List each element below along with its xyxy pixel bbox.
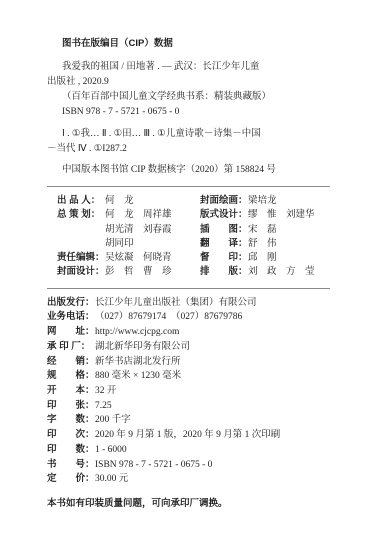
cip-publisher-line: 出版社 , 2020.9	[47, 75, 330, 90]
credit-row-print-supervision: 督 印：邱 刚	[200, 251, 330, 265]
credit-label: 督 印：	[200, 251, 248, 265]
pub-label: 经 销：	[47, 355, 95, 370]
pub-label: 印 次：	[47, 428, 95, 443]
pub-value: 1 - 6000	[95, 445, 127, 455]
credit-row-typesetting: 排 版：刘 政 方 莹	[200, 265, 330, 279]
divider-top	[47, 186, 330, 187]
pub-label: 印 张：	[47, 399, 95, 414]
credit-value: 胡同印	[105, 239, 134, 249]
credits-left-column: 出 品 人：何 龙 总 策 划：何 龙 周祥雄 胡光清 刘春霞 胡同印 责任编辑…	[47, 194, 200, 280]
cip-record: 我爱我的祖国 / 田地著 . — 武汉：长江少年儿童 出版社 , 2020.9 …	[47, 60, 330, 178]
cip-classification-line-2: －当代 Ⅳ . ①I287.2	[47, 142, 330, 157]
credit-row-editor: 责任编辑：吴炫凝 何晓青	[57, 251, 200, 265]
credit-value: 何 龙 周祥雄	[105, 210, 172, 220]
pub-row-price: 定 价：30.00 元	[47, 472, 330, 487]
publication-details: 出版发行：长江少年儿童出版社（集团）有限公司 业务电话：（027）8767917…	[47, 296, 330, 487]
pub-label: 规 格：	[47, 369, 95, 384]
pub-row-sheets: 印 张：7.25	[47, 399, 330, 414]
pub-value: 湖北新华印务有限公司	[95, 342, 190, 352]
credit-value: 刘 政 方 莹	[248, 267, 315, 277]
pub-value: 30.00 元	[95, 474, 128, 484]
cip-series-line: （百年百部中国儿童文学经典书系：精装典藏版）	[47, 90, 330, 105]
pub-label: 印 数：	[47, 443, 95, 458]
credit-row-cover-art: 封面绘画：梁培龙	[200, 194, 330, 208]
pub-value: （027）87679174 （027）87679786	[95, 312, 242, 322]
pub-label: 网 址：	[47, 325, 95, 340]
pub-label: 定 价：	[47, 472, 95, 487]
credit-row-translation: 翻 译：舒 伟	[200, 237, 330, 251]
pub-value: 200 千字	[95, 415, 131, 425]
credit-label: 版式设计：	[200, 208, 248, 222]
credit-label: 出 品 人：	[57, 194, 105, 208]
credit-label: 责任编辑：	[57, 251, 105, 265]
pub-row-dimensions: 规 格：880 毫米 × 1230 毫米	[47, 369, 330, 384]
pub-row-print-run: 印 数：1 - 6000	[47, 443, 330, 458]
pub-value: http://www.cjcpg.com	[95, 327, 179, 337]
quality-notice: 本书如有印装质量问题，可向承印厂调换。	[47, 496, 330, 511]
credit-label: 插 图：	[200, 223, 248, 237]
credit-value: 彭 哲 曹 珍	[105, 267, 172, 277]
credit-value: 舒 伟	[248, 239, 277, 249]
pub-label: 业务电话：	[47, 310, 95, 325]
credit-row-chief-planner-cont2: 胡同印	[57, 237, 200, 251]
cip-classification-line-1: Ⅰ . ①我… Ⅱ . ①田… Ⅲ . ①儿童诗歌－诗集－中国	[47, 127, 330, 142]
pub-value: 新华书店湖北发行所	[95, 357, 181, 367]
credit-label: 排 版：	[200, 265, 248, 279]
pub-value: ISBN 978 - 7 - 5721 - 0675 - 0	[95, 460, 212, 470]
pub-label: 开 本：	[47, 384, 95, 399]
credit-row-layout-design: 版式设计：缪 惟 刘建华	[200, 208, 330, 222]
credit-label: 封面绘画：	[200, 194, 248, 208]
credit-row-producer: 出 品 人：何 龙	[57, 194, 200, 208]
credit-row-chief-planner: 总 策 划：何 龙 周祥雄	[57, 208, 200, 222]
pub-value: 长江少年儿童出版社（集团）有限公司	[95, 298, 257, 308]
pub-value: 880 毫米 × 1230 毫米	[95, 371, 181, 381]
cip-header: 图书在版编目（CIP）数据	[47, 36, 330, 51]
credit-row-chief-planner-cont: 胡光清 刘春霞	[57, 223, 200, 237]
credit-label: 封面设计：	[57, 265, 105, 279]
pub-row-phone: 业务电话：（027）87679174 （027）87679786	[47, 310, 330, 325]
divider-bottom	[47, 288, 330, 289]
credit-value: 梁培龙	[248, 196, 277, 206]
credit-value: 邱 刚	[248, 253, 277, 263]
pub-row-distributor: 经 销：新华书店湖北发行所	[47, 355, 330, 370]
pub-label: 承 印 厂：	[47, 340, 95, 355]
cip-isbn-line: ISBN 978 - 7 - 5721 - 0675 - 0	[47, 105, 330, 120]
pub-row-format: 开 本：32 开	[47, 384, 330, 399]
pub-label: 书 号：	[47, 458, 95, 473]
credit-value: 吴炫凝 何晓青	[105, 253, 172, 263]
credit-row-cover-design: 封面设计：彭 哲 曹 珍	[57, 265, 200, 279]
pub-row-website: 网 址：http://www.cjcpg.com	[47, 325, 330, 340]
cip-registration-line: 中国版本图书馆 CIP 数据核字（2020）第 158824 号	[47, 163, 330, 178]
pub-row-printer: 承 印 厂：湖北新华印务有限公司	[47, 340, 330, 355]
pub-value: 2020 年 9 月第 1 版，2020 年 9 月第 1 次印刷	[95, 430, 280, 440]
credit-value: 何 龙	[105, 196, 134, 206]
credit-value: 宋 磊	[248, 225, 277, 235]
credit-value: 胡光清 刘春霞	[105, 225, 172, 235]
credit-row-illustration: 插 图：宋 磊	[200, 223, 330, 237]
cip-title-line: 我爱我的祖国 / 田地著 . — 武汉：长江少年儿童	[47, 60, 330, 75]
pub-label: 出版发行：	[47, 296, 95, 311]
credit-label: 翻 译：	[200, 237, 248, 251]
credits-section: 出 品 人：何 龙 总 策 划：何 龙 周祥雄 胡光清 刘春霞 胡同印 责任编辑…	[47, 194, 330, 280]
pub-row-publisher: 出版发行：长江少年儿童出版社（集团）有限公司	[47, 296, 330, 311]
pub-value: 32 开	[95, 386, 116, 396]
credit-label: 总 策 划：	[57, 208, 105, 222]
pub-row-edition: 印 次：2020 年 9 月第 1 版，2020 年 9 月第 1 次印刷	[47, 428, 330, 443]
pub-value: 7.25	[95, 401, 112, 411]
credit-value: 缪 惟 刘建华	[248, 210, 315, 220]
pub-row-isbn: 书 号：ISBN 978 - 7 - 5721 - 0675 - 0	[47, 458, 330, 473]
pub-label: 字 数：	[47, 413, 95, 428]
copyright-page: 图书在版编目（CIP）数据 我爱我的祖国 / 田地著 . — 武汉：长江少年儿童…	[0, 0, 375, 543]
pub-row-word-count: 字 数：200 千字	[47, 413, 330, 428]
credits-right-column: 封面绘画：梁培龙 版式设计：缪 惟 刘建华 插 图：宋 磊 翻 译：舒 伟 督 …	[200, 194, 330, 280]
